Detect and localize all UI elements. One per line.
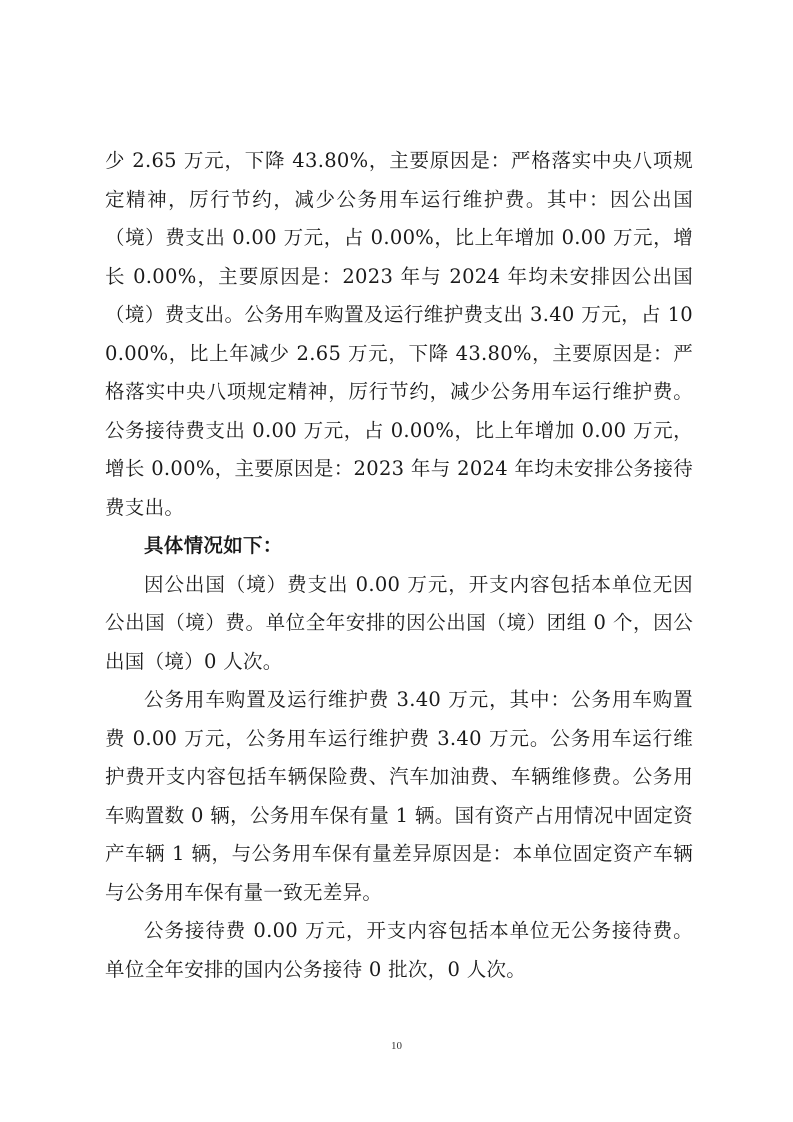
paragraph-official-vehicles: 公务用车购置及运行维护费 3.40 万元，其中：公务用车购置费 0.00 万元，…: [105, 681, 693, 912]
document-page: 少 2.65 万元，下降 43.80%，主要原因是：严格落实中央八项规定精神，厉…: [105, 142, 693, 989]
paragraph-official-reception: 公务接待费 0.00 万元，开支内容包括本单位无公务接待费。单位全年安排的国内公…: [105, 912, 693, 989]
paragraph-continuation: 少 2.65 万元，下降 43.80%，主要原因是：严格落实中央八项规定精神，厉…: [105, 142, 693, 527]
page-number: 10: [0, 1040, 793, 1052]
paragraph-overseas-travel: 因公出国（境）费支出 0.00 万元，开支内容包括本单位无因公出国（境）费。单位…: [105, 566, 693, 682]
section-heading-details: 具体情况如下：: [105, 527, 693, 566]
